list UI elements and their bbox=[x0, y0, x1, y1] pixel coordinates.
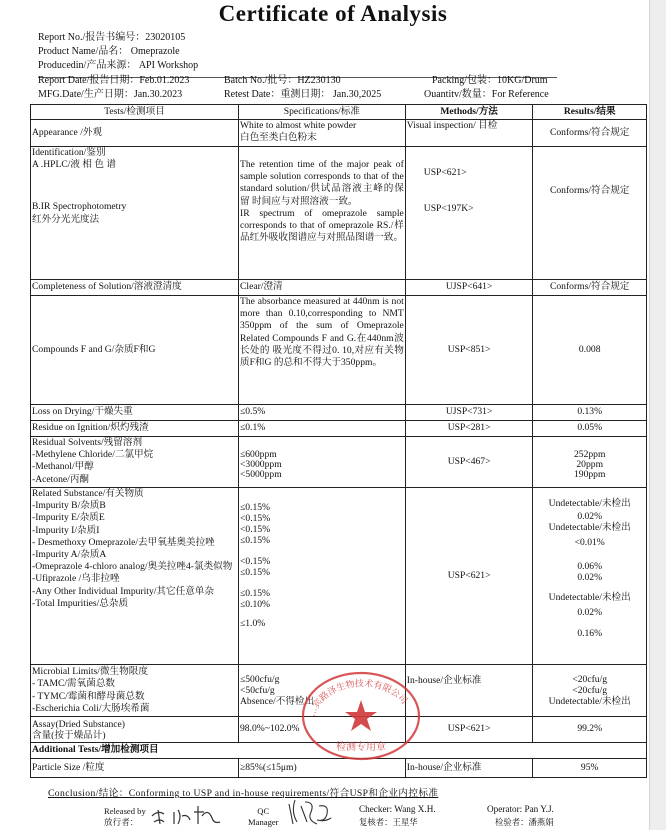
result: Conforms/符合规定 bbox=[533, 120, 647, 147]
table-row-related-substance: Related Substance/有关物质 -Impurity B/杂质B -… bbox=[31, 488, 647, 665]
test-line: - TYMC/霉菌和酵母菌总数 bbox=[32, 691, 237, 703]
specification: 98.0%~102.0% bbox=[239, 717, 406, 743]
method: USP<467> bbox=[405, 437, 533, 488]
test-line: 含量(按于燥品计) bbox=[32, 730, 237, 741]
spec-line: ≤0.15% bbox=[240, 588, 404, 599]
qc-manager-line: QC bbox=[248, 806, 279, 817]
produced-in: Producedin/产品来源： API Workshop bbox=[38, 59, 198, 72]
operator: Operator: Pan Y.J. 检验者：潘燕娟 bbox=[487, 802, 554, 830]
checker: Checker: Wang X.H. 复核者：王星华 bbox=[359, 802, 436, 830]
test-line: Identification/鉴别 bbox=[32, 147, 237, 159]
retest-date: Retest Date：重测日期： Jan.30,2025 bbox=[224, 88, 381, 101]
analysis-table: Tests/检测项目 Specifications/标准 Methods/方法 … bbox=[30, 104, 647, 778]
specification: ≤0.1% bbox=[239, 421, 406, 437]
spec-line: The retention time of the major peak of … bbox=[240, 159, 404, 208]
column-header-methods: Methods/方法 bbox=[405, 105, 533, 120]
result: 0.13% bbox=[533, 405, 647, 421]
released-by-en: Released by bbox=[104, 806, 146, 817]
test-name: Appearance /外观 bbox=[31, 120, 239, 147]
test-line: -Escherichia Coli/大肠埃希菌 bbox=[32, 703, 237, 715]
test-name: Identification/鉴别 A .HPLC/液 相 色 谱 B.IR S… bbox=[31, 147, 239, 280]
result-line: 190ppm bbox=[534, 470, 645, 480]
method: UJSP<731> bbox=[405, 405, 533, 421]
batch-number: Batch No./批号：HZ230130 bbox=[224, 74, 341, 87]
result: 99.2% bbox=[533, 717, 647, 743]
method: In-house/企业标准 bbox=[405, 665, 533, 717]
report-date: Report Date/报告日期：Feb.01.2023 bbox=[38, 74, 189, 87]
test-name: Completeness of Solution/溶液澄清度 bbox=[31, 280, 239, 296]
table-row-assay: Assay(Dried Substance) 含量(按于燥品计) 98.0%~1… bbox=[31, 717, 647, 743]
spec-line: ≤0.10% bbox=[240, 599, 404, 610]
checker-en: Checker: Wang X.H. bbox=[359, 802, 436, 816]
test-name: Assay(Dried Substance) 含量(按于燥品计) bbox=[31, 717, 239, 743]
spec-line: ≤500cfu/g bbox=[240, 674, 404, 685]
result-line: Undetectable/未检出 bbox=[534, 696, 645, 707]
method: Visual inspection/ 目检 bbox=[405, 120, 533, 147]
method: UJSP<641> bbox=[405, 280, 533, 296]
table-row-microbial-limits: Microbial Limits/微生物限度 - TAMC/需氧菌总数 - TY… bbox=[31, 665, 647, 717]
mfg-date: MFG.Date/生产日期：Jan.30.2023 bbox=[38, 88, 182, 101]
table-row-residue-on-ignition: Residue on Ignition/炽灼残渣 ≤0.1% USP<281> … bbox=[31, 421, 647, 437]
additional-tests-label-en: Additional Tests/ bbox=[32, 744, 101, 755]
test-name: Residual Solvents/残留溶剂 -Methylene Chlori… bbox=[31, 437, 239, 488]
test-line: 红外分光光度法 bbox=[32, 214, 237, 226]
table-row-loss-on-drying: Loss on Drying/干燥失重 ≤0.5% UJSP<731> 0.13… bbox=[31, 405, 647, 421]
table-row-completeness: Completeness of Solution/溶液澄清度 Clear/澄清 … bbox=[31, 280, 647, 296]
specification: ≥85%(≤15μm) bbox=[239, 759, 406, 778]
spec-line: ≤0.15% bbox=[240, 502, 404, 513]
operator-cn: 检验者：潘燕娟 bbox=[487, 816, 554, 830]
test-line: Related Substance/有关物质 bbox=[32, 488, 237, 500]
packing: Packing/包装：10KG/Drum bbox=[432, 74, 548, 87]
test-name: Residue on Ignition/炽灼残渣 bbox=[31, 421, 239, 437]
test-line: -Methanol/甲醇 bbox=[32, 461, 237, 473]
test-line: -Methylene Chloride/二氯甲烷 bbox=[32, 449, 237, 461]
result-line: 0.02% bbox=[534, 509, 645, 522]
specification: The retention time of the major peak of … bbox=[239, 147, 406, 280]
table-row-identification: Identification/鉴别 A .HPLC/液 相 色 谱 B.IR S… bbox=[31, 147, 647, 280]
spec-line: ≤0.15% bbox=[240, 567, 404, 578]
test-name: Microbial Limits/微生物限度 - TAMC/需氧菌总数 - TY… bbox=[31, 665, 239, 717]
test-line: -Acetone/丙酮 bbox=[32, 474, 237, 486]
quantity: Ouantitv/数量：For Reference bbox=[424, 88, 549, 101]
column-header-tests: Tests/检测项目 bbox=[31, 105, 239, 120]
operator-en: Operator: Pan Y.J. bbox=[487, 802, 554, 816]
page-edge-scrollbar bbox=[649, 0, 666, 830]
test-line: B.IR Spectrophotometry bbox=[32, 201, 237, 213]
method: USP<621> bbox=[405, 717, 533, 743]
result-line: <20cfu/g bbox=[534, 685, 645, 696]
report-number: Report No./报告书编号：23020105 bbox=[38, 31, 185, 44]
additional-tests-label-cn: 增加检测项目 bbox=[101, 744, 159, 755]
result-line: 0.02% bbox=[534, 603, 645, 618]
result: 0.008 bbox=[533, 296, 647, 405]
document-title: Certificate of Analysis bbox=[0, 0, 666, 28]
test-line: -Impurity B/杂质B bbox=[32, 500, 237, 512]
result: 0.05% bbox=[533, 421, 647, 437]
method: USP<281> bbox=[405, 421, 533, 437]
test-line: A .HPLC/液 相 色 谱 bbox=[32, 159, 237, 171]
test-line: -Impurity A/杂质A bbox=[32, 549, 237, 561]
spec-line: <50cfu/g bbox=[240, 685, 404, 696]
product-name: Product Name/品名： Omeprazole bbox=[38, 45, 180, 58]
spec-line: ≤0.15% bbox=[240, 535, 404, 546]
spec-line: <0.15% bbox=[240, 556, 404, 567]
test-name: Compounds F and G/杂质F和G bbox=[31, 296, 239, 405]
test-name: Particle Size /粒度 bbox=[31, 759, 239, 778]
result: Conforms/符合规定 bbox=[533, 280, 647, 296]
spec-line: 白色至类白色粉末 bbox=[240, 132, 404, 144]
spec-line: IR spectrum of omeprazole sample corresp… bbox=[240, 208, 404, 245]
result: 95% bbox=[533, 759, 647, 778]
spec-line: <0.15% bbox=[240, 524, 404, 535]
qc-manager-signature bbox=[285, 796, 337, 828]
test-line: Assay(Dried Substance) bbox=[32, 719, 237, 730]
test-line: Residual Solvents/残留溶剂 bbox=[32, 437, 237, 449]
test-name: Related Substance/有关物质 -Impurity B/杂质B -… bbox=[31, 488, 239, 665]
result-line: <0.01% bbox=[534, 533, 645, 548]
specification: ≤600ppm <3000ppm <5000ppm bbox=[239, 437, 406, 488]
result-line: Undetectable/未检出 bbox=[534, 592, 645, 603]
test-line: -Impurity I/杂质I bbox=[32, 525, 237, 537]
test-line: -Any Other Individual Impurity/其它任意单杂 bbox=[32, 586, 237, 598]
spec-line: <5000ppm bbox=[240, 470, 404, 480]
result: <20cfu/g <20cfu/g Undetectable/未检出 bbox=[533, 665, 647, 717]
result-line: 0.16% bbox=[534, 628, 645, 639]
spec-line: Absence/不得检出 bbox=[240, 696, 404, 707]
spec-line: ≤1.0% bbox=[240, 618, 404, 629]
table-row-particle-size: Particle Size /粒度 ≥85%(≤15μm) In-house/企… bbox=[31, 759, 647, 778]
method: USP<851> bbox=[405, 296, 533, 405]
table-row-residual-solvents: Residual Solvents/残留溶剂 -Methylene Chlori… bbox=[31, 437, 647, 488]
qc-manager-line: Manager bbox=[248, 817, 279, 828]
released-by-label: Released by 放行者： bbox=[104, 806, 146, 828]
method-line: USP<197K> bbox=[424, 203, 532, 215]
specification: ≤500cfu/g <50cfu/g Absence/不得检出 bbox=[239, 665, 406, 717]
table-row-appearance: Appearance /外观 White to almost white pow… bbox=[31, 120, 647, 147]
checker-cn: 复核者：王星华 bbox=[359, 816, 436, 830]
test-line: -Impurity E/杂质E bbox=[32, 512, 237, 524]
specification: The absorbance measured at 440nm is not … bbox=[239, 296, 406, 405]
column-header-specifications: Specifications/标准 bbox=[239, 105, 406, 120]
test-line: -Omeprazole 4-chloro analog/奥美拉唑4-氯类似物 bbox=[32, 561, 237, 573]
test-line: -Ufiprazole /乌非拉唑 bbox=[32, 573, 237, 585]
test-name: Loss on Drying/干燥失重 bbox=[31, 405, 239, 421]
spec-line: <0.15% bbox=[240, 513, 404, 524]
table-row-compounds-f-g: Compounds F and G/杂质F和G The absorbance m… bbox=[31, 296, 647, 405]
method: USP<621> USP<197K> bbox=[405, 147, 533, 280]
result: 252ppm 20ppm 190ppm bbox=[533, 437, 647, 488]
result-line: Undetectable/未检出 bbox=[534, 522, 645, 533]
specification: ≤0.5% bbox=[239, 405, 406, 421]
result-line: 0.06% bbox=[534, 561, 645, 572]
qc-manager-label: QC Manager bbox=[248, 806, 279, 828]
test-line: - TAMC/需氧菌总数 bbox=[32, 678, 237, 690]
conclusion: Conclusion/结论：Conforming to USP and in-h… bbox=[48, 788, 438, 800]
test-line: -Total Impurities/总杂质 bbox=[32, 598, 237, 610]
test-line: Microbial Limits/微生物限度 bbox=[32, 666, 237, 678]
method-line: USP<621> bbox=[424, 167, 532, 179]
result: Undetectable/未检出 0.02% Undetectable/未检出 … bbox=[533, 488, 647, 665]
column-header-results: Results/结果 bbox=[533, 105, 647, 120]
spec-line: White to almost white powder bbox=[240, 120, 404, 132]
test-line: - Desmethoxy Omeprazole/去甲氧基奥美拉唑 bbox=[32, 537, 237, 549]
result-line: 0.02% bbox=[534, 572, 645, 583]
additional-tests-heading: Additional Tests/增加检测项目 bbox=[31, 743, 647, 759]
result: Conforms/符合规定 bbox=[533, 147, 647, 280]
specification: ≤0.15% <0.15% <0.15% ≤0.15% <0.15% ≤0.15… bbox=[239, 488, 406, 665]
released-by-signature bbox=[148, 800, 226, 828]
released-by-cn: 放行者： bbox=[104, 817, 146, 828]
method: In-house/企业标准 bbox=[405, 759, 533, 778]
specification: White to almost white powder 白色至类白色粉末 bbox=[239, 120, 406, 147]
result-line: <20cfu/g bbox=[534, 674, 645, 685]
table-row-additional-tests: Additional Tests/增加检测项目 bbox=[31, 743, 647, 759]
result-line: Undetectable/未检出 bbox=[534, 498, 645, 509]
specification: Clear/澄清 bbox=[239, 280, 406, 296]
table-header-row: Tests/检测项目 Specifications/标准 Methods/方法 … bbox=[31, 105, 647, 120]
method: USP<621> bbox=[405, 488, 533, 665]
